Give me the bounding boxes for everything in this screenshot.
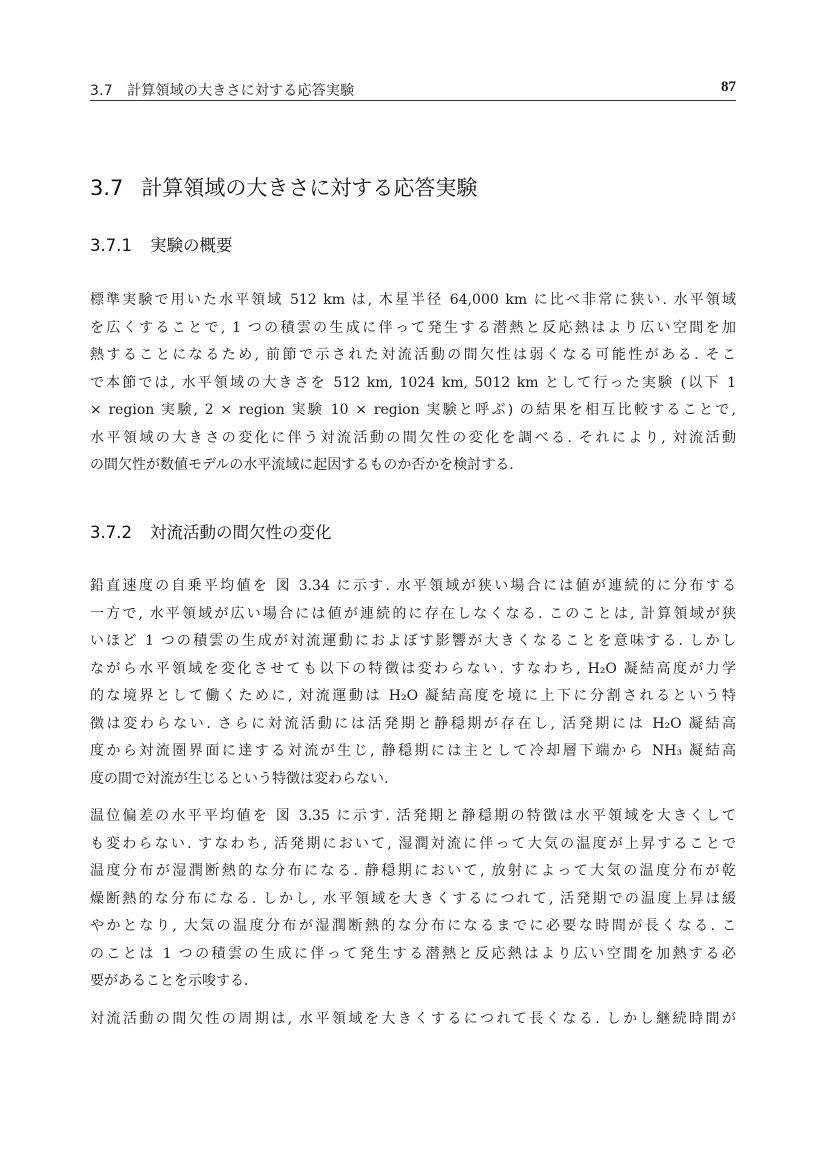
page-number: 87 xyxy=(721,79,736,96)
text-line: 度の間で対流が生じるという特徴は変わらない. xyxy=(90,766,736,794)
subsection-heading-3-7-1: 3.7.1実験の概要 xyxy=(90,232,232,256)
subsection-number: 3.7.2 xyxy=(90,523,132,542)
text-line: 一方で, 水平領域が広い場合には値が連続的に存在しなくなる. このことは, 計算… xyxy=(90,601,736,629)
paragraph: 温位偏差の水平平均値を 図 3.35 に示す. 活発期と静穏期の特徴は水平領域を… xyxy=(90,803,736,996)
text-line: で本節では, 水平領域の大きさを 512 km, 1024 km, 5012 k… xyxy=(90,370,736,398)
text-line: 温度分布が湿潤断熱的な分布になる. 静穏期において, 放射によって大気の温度分布… xyxy=(90,858,736,886)
text-line: の間欠性が数値モデルの水平流域に起因するものか否かを検討する. xyxy=(90,452,736,480)
running-head-section: 3.7 計算領域の大きさに対する応答実験 xyxy=(90,80,354,100)
paragraph: 鉛直速度の自乗平均値を 図 3.34 に示す. 水平領域が狭い場合には値が連続的… xyxy=(90,573,736,793)
text-line: 的な境界として働くために, 対流運動は H₂O 凝結高度を境に上下に分割されると… xyxy=(90,683,736,711)
paragraph: 対流活動の間欠性の周期は, 水平領域を大きくするにつれて長くなる. しかし継続時… xyxy=(90,1006,736,1034)
text-line: ながら水平領域を変化させても以下の特徴は変わらない. すなわち, H₂O 凝結高… xyxy=(90,656,736,684)
subsection-number: 3.7.1 xyxy=(90,236,132,255)
text-line: 度から対流圏界面に達する対流が生じ, 静穏期には主として冷却層下端から NH₃ … xyxy=(90,738,736,766)
section-number: 3.7 xyxy=(90,176,123,200)
text-line: いほど 1 つの積雲の生成が対流運動におよぼす影響が大きくなることを意味する. … xyxy=(90,628,736,656)
text-line: 徴は変わらない. さらに対流活動には活発期と静穏期が存在し, 活発期には H₂O… xyxy=(90,711,736,739)
text-line: を広くすることで, 1 つの積雲の生成に伴って発生する潜熱と反応熱はより広い空間… xyxy=(90,315,736,343)
section-heading: 3.7計算領域の大きさに対する応答実験 xyxy=(90,172,477,202)
text-line: のことは 1 つの積雲の生成に伴って発生する潜熱と反応熱はより広い空間を加熱する… xyxy=(90,941,736,969)
subsection-title: 対流活動の間欠性の変化 xyxy=(150,523,332,542)
text-line: 鉛直速度の自乗平均値を 図 3.34 に示す. 水平領域が狭い場合には値が連続的… xyxy=(90,573,736,601)
running-head: 3.7 計算領域の大きさに対する応答実験 87 xyxy=(90,80,736,101)
text-line: 標準実験で用いた水平領域 512 km は, 木星半径 64,000 km に比… xyxy=(90,287,736,315)
subsection-heading-3-7-2: 3.7.2対流活動の間欠性の変化 xyxy=(90,519,331,543)
text-line: 温位偏差の水平平均値を 図 3.35 に示す. 活発期と静穏期の特徴は水平領域を… xyxy=(90,803,736,831)
paragraph: 標準実験で用いた水平領域 512 km は, 木星半径 64,000 km に比… xyxy=(90,287,736,480)
text-line: やかとなり, 大気の温度分布が湿潤断熱的な分布になるまでに必要な時間が長くなる.… xyxy=(90,913,736,941)
text-line: × region 実験, 2 × region 実験 10 × region 実… xyxy=(90,397,736,425)
text-line: 水平領域の大きさの変化に伴う対流活動の間欠性の変化を調べる. それにより, 対流… xyxy=(90,425,736,453)
text-line: 要があることを示唆する. xyxy=(90,968,736,996)
section-title: 計算領域の大きさに対する応答実験 xyxy=(141,176,477,200)
text-line: も変わらない. すなわち, 活発期において, 湿潤対流に伴って大気の温度が上昇す… xyxy=(90,831,736,859)
text-line: 熱することになるため, 前節で示された対流活動の間欠性は弱くなる可能性がある. … xyxy=(90,342,736,370)
text-line: 対流活動の間欠性の周期は, 水平領域を大きくするにつれて長くなる. しかし継続時… xyxy=(90,1006,736,1034)
text-line: 燥断熱的な分布になる. しかし, 水平領域を大きくするにつれて, 活発期での温度… xyxy=(90,886,736,914)
subsection-title: 実験の概要 xyxy=(150,236,233,255)
